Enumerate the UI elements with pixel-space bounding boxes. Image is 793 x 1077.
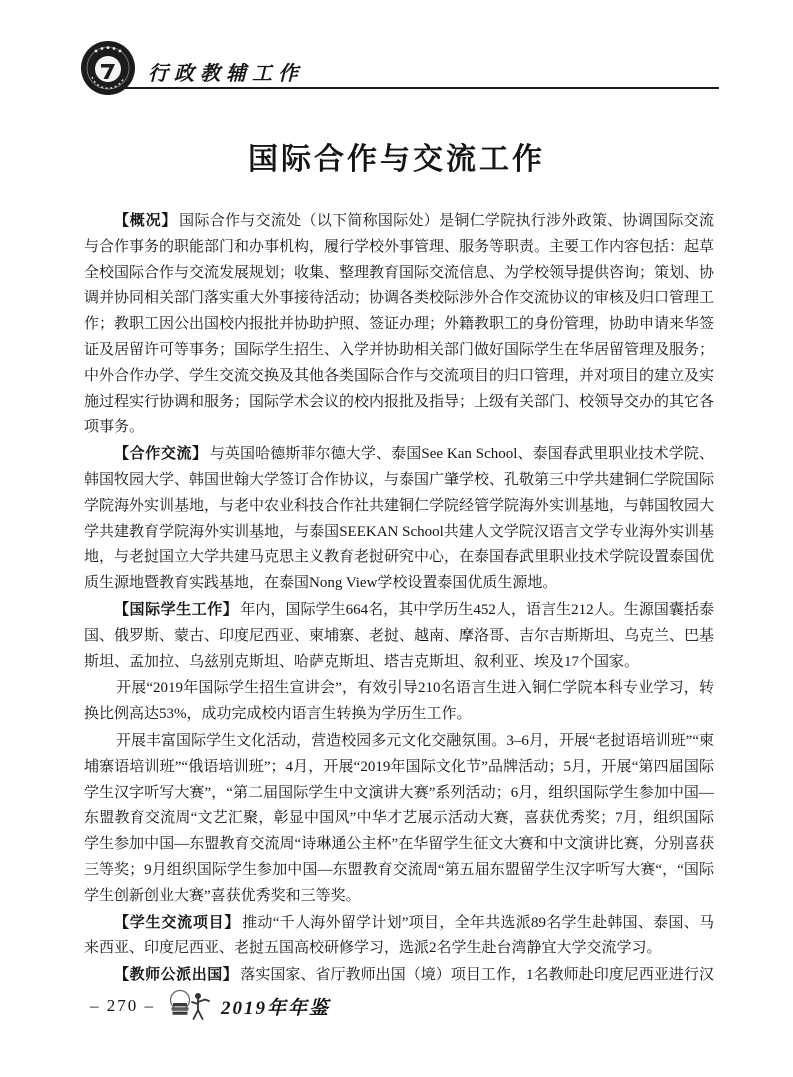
paragraph-cooperation-exchange: 【合作交流】与英国哈德斯菲尔德大学、泰国See Kan School、泰国春武里… — [84, 441, 714, 597]
page-footer: – 270 – 2019年年鉴 — [90, 988, 330, 1024]
paragraph-text: 与英国哈德斯菲尔德大学、泰国See Kan School、泰国春武里职业技术学院… — [84, 446, 714, 591]
section-header-label: 行政教辅工作 — [148, 57, 304, 86]
paragraph-cultural-activities: 开展丰富国际学生文化活动，营造校园多元文化交融氛围。3–6月，开展“老挝语培训班… — [84, 728, 714, 910]
paragraph-student-exchange-program: 【学生交流项目】推动“千人海外留学计划”项目，全年共选派89名学生赴韩国、泰国、… — [84, 910, 714, 963]
paragraph-text: 国际合作与交流处（以下简称国际处）是铜仁学院执行涉外政策、协调国际交流与合作事务… — [84, 213, 714, 435]
yearbook-label: 2019年年鉴 — [221, 993, 330, 1020]
paragraph-text: 开展“2019年国际学生招生宣讲会”，有效引导210名语言生进入铜仁学院本科专业… — [84, 680, 714, 722]
header-rule-line — [104, 87, 719, 89]
article-body: 【概况】国际合作与交流处（以下简称国际处）是铜仁学院执行涉外政策、协调国际交流与… — [84, 208, 714, 988]
paragraph-international-students: 【国际学生工作】年内，国际学生664名，其中学历生452人，语言生212人。生源… — [84, 597, 714, 675]
paragraph-tag: 【学生交流项目】 — [114, 914, 240, 931]
page-number: – 270 – — [90, 996, 155, 1016]
paragraph-tag: 【教师公派出国】 — [114, 966, 238, 983]
paragraph-tag: 【国际学生工作】 — [114, 601, 238, 618]
page-title: 国际合作与交流工作 — [0, 134, 793, 178]
paragraph-teachers-abroad: 【教师公派出国】落实国家、省厅教师出国（境）项目工作，1名教师赴印度尼西亚进行汉… — [84, 962, 714, 988]
paragraph-recruitment: 开展“2019年国际学生招生宣讲会”，有效引导210名语言生进入铜仁学院本科专业… — [84, 675, 714, 728]
document-page: 行政教辅工作 国际合作与交流工作 【概况】国际合作与交流处（以下简称国际处）是铜… — [0, 0, 793, 1077]
paragraph-tag: 【合作交流】 — [114, 445, 208, 462]
university-seal-icon — [79, 39, 137, 97]
paragraph-tag: 【概况】 — [114, 212, 177, 229]
paragraph-overview: 【概况】国际合作与交流处（以下简称国际处）是铜仁学院执行涉外政策、协调国际交流与… — [84, 208, 714, 441]
paragraph-text: 开展丰富国际学生文化活动，营造校园多元文化交融氛围。3–6月，开展“老挝语培训班… — [84, 733, 714, 904]
yearbook-logo-icon — [165, 989, 211, 1023]
